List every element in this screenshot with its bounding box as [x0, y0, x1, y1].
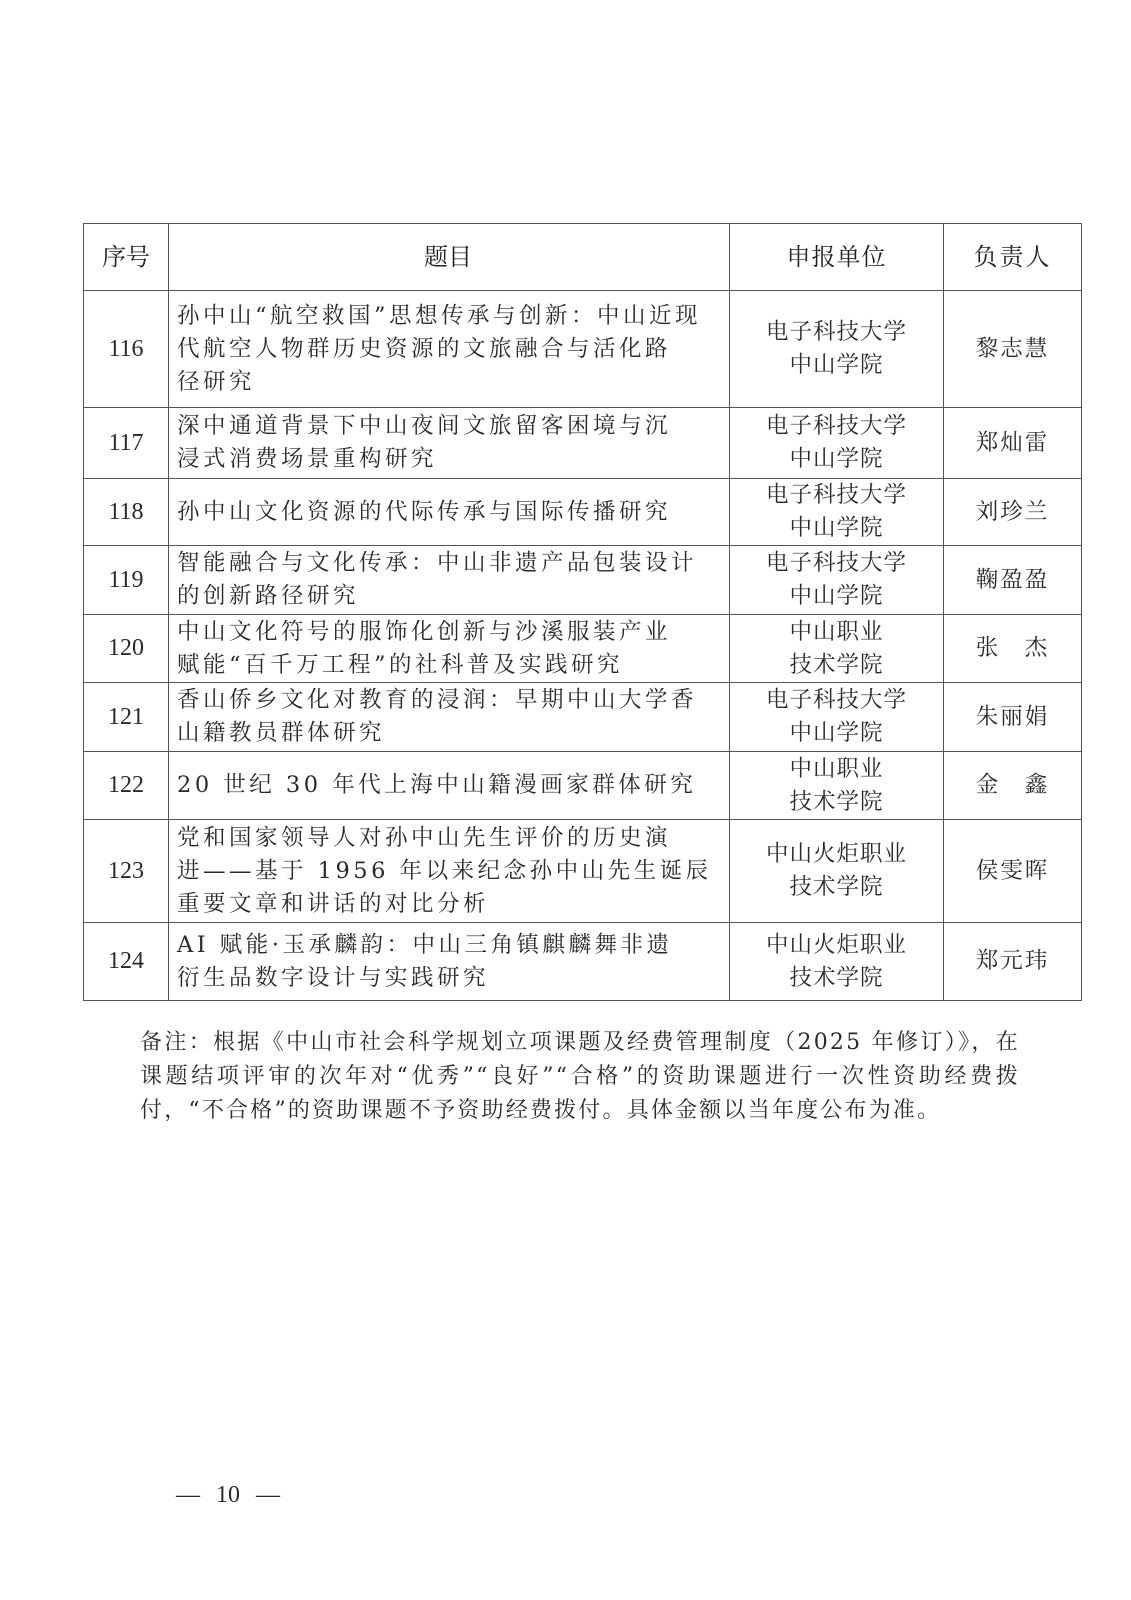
cell-unit: 中山火炬职业技术学院 [730, 923, 944, 1001]
cell-title: 孙中山“航空救国”思想传承与创新：中山近现代航空人物群历史资源的文旅融合与活化路… [169, 291, 730, 408]
cell-leader: 侯雯晖 [944, 820, 1082, 923]
unit-line: 电子科技大学 [730, 316, 943, 349]
table-row: 12220 世纪 30 年代上海中山籍漫画家群体研究中山职业技术学院金 鑫 [84, 752, 1082, 820]
cell-leader: 金 鑫 [944, 752, 1082, 820]
cell-leader: 鞠盈盈 [944, 546, 1082, 615]
unit-line: 中山学院 [730, 580, 943, 613]
title-line: 中山文化符号的服饰化创新与沙溪服装产业 [177, 616, 719, 649]
unit-line: 技术学院 [730, 649, 943, 682]
cell-unit: 中山火炬职业技术学院 [730, 820, 944, 923]
unit-line: 技术学院 [730, 962, 943, 995]
cell-serial: 123 [84, 820, 169, 923]
title-line: 进——基于 1956 年以来纪念孙中山先生诞辰 [177, 855, 719, 888]
unit-line: 中山学院 [730, 512, 943, 545]
cell-title: 党和国家领导人对孙中山先生评价的历史演进——基于 1956 年以来纪念孙中山先生… [169, 820, 730, 923]
unit-line: 中山职业 [730, 616, 943, 649]
title-line: 的创新路径研究 [177, 580, 719, 613]
unit-line: 电子科技大学 [730, 479, 943, 512]
cell-unit: 电子科技大学中山学院 [730, 683, 944, 752]
unit-line: 中山火炬职业 [730, 929, 943, 962]
title-line: 党和国家领导人对孙中山先生评价的历史演 [177, 822, 719, 855]
table-header-row: 序号 题目 申报单位 负责人 [84, 224, 1082, 291]
unit-line: 中山火炬职业 [730, 838, 943, 871]
cell-leader: 郑灿雷 [944, 408, 1082, 479]
unit-line: 中山职业 [730, 753, 943, 786]
cell-title: 香山侨乡文化对教育的浸润：早期中山大学香山籍教员群体研究 [169, 683, 730, 752]
unit-line: 技术学院 [730, 786, 943, 819]
cell-leader: 刘珍兰 [944, 479, 1082, 546]
title-line: 20 世纪 30 年代上海中山籍漫画家群体研究 [177, 769, 719, 802]
table-row: 123党和国家领导人对孙中山先生评价的历史演进——基于 1956 年以来纪念孙中… [84, 820, 1082, 923]
cell-title: 中山文化符号的服饰化创新与沙溪服装产业赋能“百千万工程”的社科普及实践研究 [169, 615, 730, 683]
page-number: — 10 — [176, 1482, 280, 1509]
title-line: 径研究 [177, 366, 719, 399]
unit-line: 技术学院 [730, 871, 943, 904]
header-title: 题目 [169, 224, 730, 291]
cell-leader: 朱丽娟 [944, 683, 1082, 752]
table-row: 120中山文化符号的服饰化创新与沙溪服装产业赋能“百千万工程”的社科普及实践研究… [84, 615, 1082, 683]
unit-line: 中山学院 [730, 443, 943, 476]
cell-leader: 郑元玮 [944, 923, 1082, 1001]
table-row: 116孙中山“航空救国”思想传承与创新：中山近现代航空人物群历史资源的文旅融合与… [84, 291, 1082, 408]
cell-unit: 电子科技大学中山学院 [730, 291, 944, 408]
remark-note: 备注：根据《中山市社会科学规划立项课题及经费管理制度（2025 年修订）》，在课… [140, 1026, 1020, 1128]
cell-serial: 124 [84, 923, 169, 1001]
title-line: 香山侨乡文化对教育的浸润：早期中山大学香 [177, 684, 719, 717]
cell-serial: 118 [84, 479, 169, 546]
table-row: 117深中通道背景下中山夜间文旅留客困境与沉浸式消费场景重构研究电子科技大学中山… [84, 408, 1082, 479]
cell-unit: 电子科技大学中山学院 [730, 408, 944, 479]
cell-serial: 121 [84, 683, 169, 752]
title-line: 孙中山文化资源的代际传承与国际传播研究 [177, 496, 719, 529]
header-unit: 申报单位 [730, 224, 944, 291]
unit-line: 中山学院 [730, 349, 943, 382]
cell-leader: 张 杰 [944, 615, 1082, 683]
cell-serial: 116 [84, 291, 169, 408]
cell-unit: 中山职业技术学院 [730, 752, 944, 820]
title-line: 智能融合与文化传承：中山非遗产品包装设计 [177, 547, 719, 580]
title-line: 代航空人物群历史资源的文旅融合与活化路 [177, 333, 719, 366]
cell-serial: 122 [84, 752, 169, 820]
cell-unit: 中山职业技术学院 [730, 615, 944, 683]
title-line: 重要文章和讲话的对比分析 [177, 888, 719, 921]
cell-title: 智能融合与文化传承：中山非遗产品包装设计的创新路径研究 [169, 546, 730, 615]
title-line: 浸式消费场景重构研究 [177, 443, 719, 476]
cell-serial: 119 [84, 546, 169, 615]
cell-title: 20 世纪 30 年代上海中山籍漫画家群体研究 [169, 752, 730, 820]
project-table: 序号 题目 申报单位 负责人 116孙中山“航空救国”思想传承与创新：中山近现代… [83, 223, 1082, 1001]
title-line: 衍生品数字设计与实践研究 [177, 962, 719, 995]
cell-unit: 电子科技大学中山学院 [730, 546, 944, 615]
title-line: 山籍教员群体研究 [177, 717, 719, 750]
title-line: 孙中山“航空救国”思想传承与创新：中山近现 [177, 300, 719, 333]
cell-serial: 117 [84, 408, 169, 479]
unit-line: 电子科技大学 [730, 410, 943, 443]
header-serial: 序号 [84, 224, 169, 291]
table-row: 118孙中山文化资源的代际传承与国际传播研究电子科技大学中山学院刘珍兰 [84, 479, 1082, 546]
cell-title: 深中通道背景下中山夜间文旅留客困境与沉浸式消费场景重构研究 [169, 408, 730, 479]
table-row: 121香山侨乡文化对教育的浸润：早期中山大学香山籍教员群体研究电子科技大学中山学… [84, 683, 1082, 752]
unit-line: 电子科技大学 [730, 547, 943, 580]
cell-leader: 黎志慧 [944, 291, 1082, 408]
cell-serial: 120 [84, 615, 169, 683]
unit-line: 中山学院 [730, 717, 943, 750]
title-line: AI 赋能·玉承麟韵：中山三角镇麒麟舞非遗 [177, 929, 719, 962]
cell-title: 孙中山文化资源的代际传承与国际传播研究 [169, 479, 730, 546]
table-row: 119智能融合与文化传承：中山非遗产品包装设计的创新路径研究电子科技大学中山学院… [84, 546, 1082, 615]
title-line: 深中通道背景下中山夜间文旅留客困境与沉 [177, 410, 719, 443]
header-leader: 负责人 [944, 224, 1082, 291]
title-line: 赋能“百千万工程”的社科普及实践研究 [177, 649, 719, 682]
unit-line: 电子科技大学 [730, 684, 943, 717]
table-row: 124AI 赋能·玉承麟韵：中山三角镇麒麟舞非遗衍生品数字设计与实践研究中山火炬… [84, 923, 1082, 1001]
cell-unit: 电子科技大学中山学院 [730, 479, 944, 546]
cell-title: AI 赋能·玉承麟韵：中山三角镇麒麟舞非遗衍生品数字设计与实践研究 [169, 923, 730, 1001]
